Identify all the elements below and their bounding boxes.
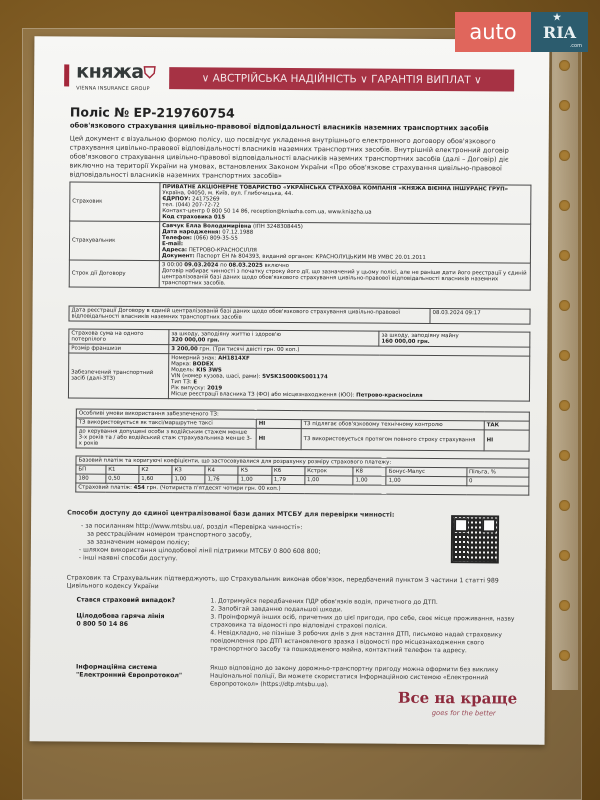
coefficient-value: 0	[466, 477, 528, 486]
watermark-ria: ★ RIA .com	[531, 12, 588, 52]
policyholder-row: Страхувальник Савчук Елла Володимирівна …	[69, 221, 530, 263]
coefficient-header: К4	[205, 466, 238, 475]
logo-accent-bar	[64, 64, 69, 86]
coefficient-value: 1,60	[139, 474, 172, 483]
policyholder-label: Страхувальник	[69, 221, 159, 261]
sum-insured-label: Страхова сума на одного потерпілого	[69, 329, 169, 345]
vehicle-reg-place: Петрово-красносілля	[356, 392, 422, 398]
coefficient-value: 1,76	[205, 475, 238, 484]
coefficient-header: К3	[172, 466, 205, 475]
vehicle-plate: AH1814XF	[218, 356, 250, 362]
special-conditions-table: Особливі умови використання забезпеченог…	[76, 409, 530, 452]
registration-label: Дата реєстрації Договору в єдиній центра…	[69, 306, 430, 324]
vehicle-label: Забезпечений транспортний засіб (далі-ЗТ…	[68, 353, 168, 399]
coefficient-header: К2	[139, 465, 172, 474]
policy-intro: Цей документ є візуальною формою полісу,…	[69, 134, 524, 182]
hotline-number: 0 800 50 14 86	[76, 621, 128, 629]
europrotocol-text: Якщо відповідно до закону дорожньо-транс…	[210, 664, 530, 690]
term-row: Строк дії Договору З 00:00 09.03.2024 по…	[69, 260, 530, 290]
parties-table: Страховик ПРИВАТНЕ АКЦІОНЕРНЕ ТОВАРИСТВО…	[69, 181, 532, 290]
europrotocol-label-2: "Електронний Європротокол"	[76, 672, 182, 681]
policy-title: Поліс № ЕР-219760754	[70, 104, 235, 120]
watermark-auto: auto	[455, 12, 531, 52]
coefficient-value: 0,50	[106, 474, 139, 483]
coefficient-header: Кстрок	[305, 467, 354, 476]
slogan-banner: ∨ АВСТРІЙСЬКА НАДІЙНІСТЬ ∨ ГАРАНТІЯ ВИПЛ…	[169, 67, 514, 91]
shield-v-icon: ⛉	[144, 63, 156, 82]
registration-table: Дата реєстрації Договору в єдиній центра…	[68, 305, 530, 324]
access-title: Способи доступу до єдиної централізовано…	[67, 508, 467, 519]
coefficient-header: К5	[238, 466, 271, 475]
term-note: Договір набирає чинності з початку строк…	[162, 268, 528, 289]
policyholder-document: Паспорт ЕН № 804393, виданий органом: КР…	[196, 253, 426, 261]
confirmation-text: Страховик та Страхувальник підтверджують…	[67, 574, 527, 593]
coefficient-value: 1,79	[271, 475, 304, 484]
footer-slogan-en: goes for the better	[432, 709, 496, 717]
registration-date: 08.03.2024 09:17	[430, 308, 530, 324]
coefficient-value: 1,00	[238, 475, 271, 484]
verification-access: Способи доступу до єдиної централізовано…	[67, 508, 467, 565]
term-label: Строк дії Договору	[69, 260, 159, 288]
coefficient-value: 1,00	[172, 475, 205, 484]
policy-subtitle: обов'язкового страхування цивільно-право…	[70, 121, 489, 132]
sum-property-value: 160 000,00 грн.	[381, 339, 527, 346]
coefficient-header: Пільга, %	[467, 468, 529, 477]
insurer-label: Страховик	[70, 182, 160, 222]
coefficient-value: 1,00	[304, 476, 353, 485]
sum-life-value: 320 000,00 грн.	[171, 337, 376, 344]
accident-steps: 1. Дотримуйся передбачених ПДР обов'язкі…	[210, 597, 530, 655]
deductible-value: 3 200,00	[171, 346, 197, 352]
policyholder-ipn: (ІПН 3248308445)	[253, 224, 303, 230]
accident-question: Стався страховий випадок?	[77, 597, 176, 606]
coverage-table: Страхова сума на одного потерпілого за ш…	[68, 328, 530, 401]
table-row: до керування допущені особи з водійським…	[76, 427, 529, 451]
autoria-watermark: auto ★ RIA .com	[455, 12, 588, 52]
coefficient-header: К1	[106, 465, 139, 474]
coefficient-value: 1,00	[353, 476, 386, 485]
star-icon: ★	[553, 13, 561, 23]
footer-slogan: Все на краще	[398, 689, 517, 708]
coefficient-header: БП	[76, 465, 106, 474]
sleeve-punch-holes	[552, 40, 578, 690]
coefficient-header: К6	[271, 466, 304, 475]
logo-name: княжа	[76, 61, 144, 83]
logo-subtitle: VIENNA INSURANCE GROUP	[76, 86, 150, 93]
qr-code[interactable]	[451, 515, 499, 563]
insurance-policy-document: княжа⛉ VIENNA INSURANCE GROUP ∨ АВСТРІЙС…	[30, 36, 550, 745]
coefficients-table: Базовий платіж та коригуючі коефіцієнти,…	[75, 456, 529, 496]
coefficient-value: 180	[76, 474, 106, 483]
vehicle-vin: SVSK1S000KS001174	[262, 374, 328, 380]
coefficient-header: К8	[353, 467, 386, 476]
insurer-row: Страховик ПРИВАТНЕ АКЦІОНЕРНЕ ТОВАРИСТВО…	[70, 182, 531, 224]
policyholder-phone: (066) 809-35-55	[194, 235, 238, 241]
insurance-payment: 454	[134, 485, 145, 491]
